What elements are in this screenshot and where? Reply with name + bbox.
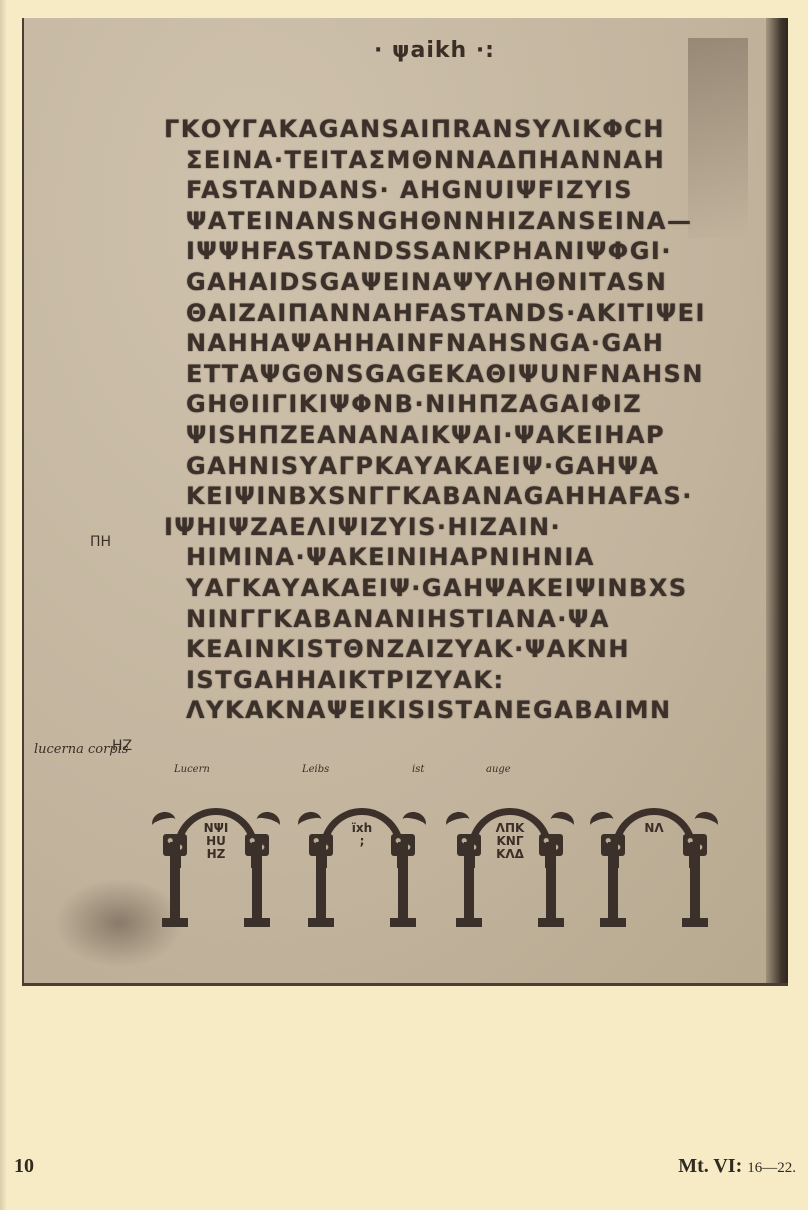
manuscript-line: GAHNISΥΑΓΡΚΑΥΑΚΑΕΙΨ·GAHΨΑ [164,451,774,482]
manuscript-line: ΣΕΙΝΑ·ΤΕΙΤΑΣΜΘΝΝΑΔΠΗΑΝΝΑΗ [164,145,774,176]
reference-book-chapter: Mt. VI: [678,1155,742,1177]
manuscript-line: ΛΥΚΑΚΝΑΨΕΙΚΙSΙSΤΑΝΕGΑΒΑΙΜΝ [164,695,774,726]
manuscript-line: GAHAIDSGAΨΕΙΝΑΨΥΛΗΘΝΙΤΑSΝ [164,267,774,298]
manuscript-plate: · ψaikh ·: ΓΚΟΥΓΑΚΑGANSAIΠRANSΥΛΙΚΦϹΗ ΣΕ… [22,18,788,986]
manuscript-line: GΗΘΙΙΓΙΚΙΨΦΝΒ·ΝΙΗΠΖΑGΑΙΦΙΖ [164,389,774,420]
book-spine-shadow [0,0,6,1210]
manuscript-line: ΙΨΨΗFASTANDSSANΚΡΗΑΝΙΨΦGI· [164,236,774,267]
canon-arcade: ΝΛ [594,808,714,933]
canon-table-entry: ΝΨΙ ΗU ΗΖ [186,822,246,861]
interlinear-gloss: Leibs [302,764,329,775]
manuscript-line: ΙΨΗΙΨΖΑΕΛΙΨΙΖΥΙS·ΗΙΖΑΙΝ· [164,512,774,543]
scripture-reference: Mt. VI: 16—22. [678,1155,796,1178]
manuscript-line: ΥΑΓΚΑΥΑΚΑΕΙΨ·GAHΨΑΚΕΙΨΙΝΒΧS [164,573,774,604]
manuscript-text-block: ΓΚΟΥΓΑΚΑGANSAIΠRANSΥΛΙΚΦϹΗ ΣΕΙΝΑ·ΤΕΙΤΑΣΜ… [164,114,774,726]
canon-arcade: ïxh ; [302,808,422,933]
canon-arcade: ΝΨΙ ΗU ΗΖ [156,808,276,933]
reference-verses: 16—22. [747,1160,796,1176]
marginal-note: lucerna corpis [34,742,128,757]
interlinear-gloss: auge [486,764,511,775]
canon-table-entry: ΛΠΚ ΚΝΓ ΚΛΔ [480,822,540,861]
manuscript-line: ΗΙΜΙΝΑ·ΨΑΚΕΙΝΙΗΑΡΝΙΗΝΙΑ [164,542,774,573]
interlinear-gloss: ist [412,764,424,775]
manuscript-line: ΙSΤGAHΗΑΙΚΤΡΙΖΥΑΚ: [164,665,774,696]
running-head: · ψaikh ·: [374,38,495,63]
manuscript-line: ΨISHΠΖΕΑΝΑΝΑΙΚΨΑΙ·ΨΑΚΕΙΗΑΡ [164,420,774,451]
manuscript-line: ΕΤΤΑΨGΘΝSGAGΕΚΑΘΙΨUNFΝΑΗSN [164,359,774,390]
manuscript-line: ΚΕΑΙΝΚΙSΤΘΝΖΑΙΖΥΑΚ·ΨΑΚΝΗ [164,634,774,665]
canon-arcade: ΛΠΚ ΚΝΓ ΚΛΔ [450,808,570,933]
manuscript-line: ΝΑΗΗΑΨΑΗΗΑΙΝFΝΑΗSΝGΑ·GΑΗ [164,328,774,359]
canon-table-entry: ïxh ; [332,822,392,848]
page-number: 10 [14,1155,34,1178]
manuscript-line: ΘΑΙΖΑΙΠΑΝΝΑΗFASTANDS·ΑΚΙΤΙΨΕΙ [164,298,774,329]
marginal-canon-number: ΠΗ [90,534,111,550]
manuscript-line: ΓΚΟΥΓΑΚΑGANSAIΠRANSΥΛΙΚΦϹΗ [164,114,774,145]
manuscript-line: ΨΑΤΕΙΝΑΝSNGHΘΝΝΗΙΖΑΝSΕΙΝΑ— [164,206,774,237]
canon-table-entry: ΝΛ [624,822,684,835]
interlinear-gloss: Lucern [174,764,210,775]
manuscript-line: ΚΕΙΨΙΝΒΧSΝΓΓΚΑΒΑΝΑGΑΗΗΑFAS· [164,481,774,512]
manuscript-line: ΝΙΝΓΓΚΑΒΑΝΑΝΙΗSΤΙΑΝΑ·ΨΑ [164,604,774,635]
manuscript-line: FASTANDANS· AHGNUIΨFIZYIS [164,175,774,206]
